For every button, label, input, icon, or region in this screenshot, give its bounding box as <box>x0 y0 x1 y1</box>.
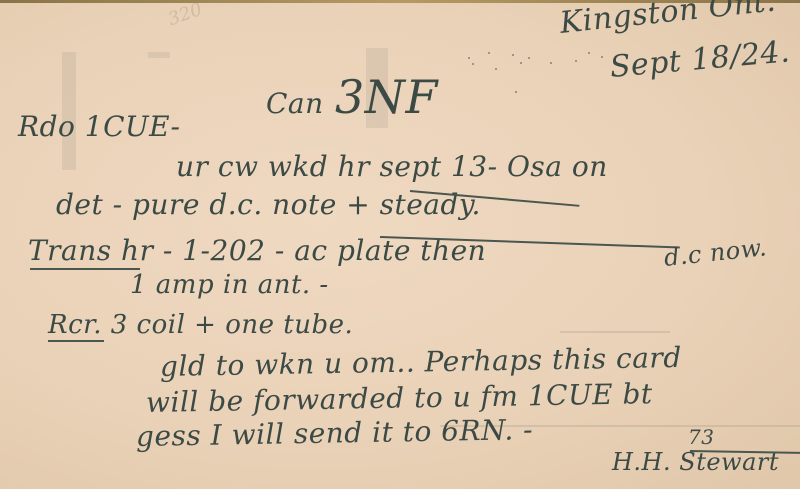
ink-speck <box>520 62 522 64</box>
callsign-prefix: Can <box>266 87 324 120</box>
body-line-9: gess I will send it to 6RN. - <box>136 413 534 453</box>
body-line-4: d.c now. <box>663 233 769 272</box>
ink-speck <box>488 52 490 54</box>
ink-speck <box>588 52 590 54</box>
signature: H.H. Stewart <box>612 448 779 476</box>
body-line-5: 1 amp in ant. - <box>130 270 329 300</box>
postcard: 320 Kingston Ont. Sept 18/24. Can 3NF Rd… <box>0 0 800 489</box>
ink-speck <box>468 57 470 59</box>
bleed-through-mark <box>148 52 170 58</box>
rcr-underline <box>48 340 104 342</box>
faint-ruled-line <box>560 331 670 333</box>
location-text: Kingston Ont. <box>558 0 777 41</box>
ink-speck <box>495 68 497 70</box>
body-line-2: det - pure d.c. note + steady. <box>56 188 481 221</box>
body-line-6: Rcr. 3 coil + one tube. <box>48 310 353 340</box>
ink-speck <box>515 91 517 93</box>
callsign: 3NF <box>335 70 438 124</box>
date-text: Sept 18/24. <box>608 34 791 85</box>
ink-speck <box>528 57 530 59</box>
callsign-block: Can 3NF <box>266 70 438 124</box>
body-line-1: ur cw wkd hr sept 13- Osa on <box>176 150 608 183</box>
greeting: Rdo 1CUE- <box>18 110 181 143</box>
body-line-3: Trans hr - 1-202 - ac plate then <box>28 234 486 267</box>
trans-underline <box>30 268 140 270</box>
ink-speck <box>550 62 552 64</box>
ink-speck <box>601 56 603 58</box>
ink-speck <box>472 63 474 65</box>
ink-speck <box>575 60 577 62</box>
closing-73: 73 <box>688 425 714 449</box>
ink-speck <box>512 54 514 56</box>
ghost-number: 320 <box>165 0 204 30</box>
body-line-8: will be forwarded to u fm 1CUE bt <box>146 377 653 419</box>
body-line-7: gld to wkn u om.. Perhaps this card <box>160 341 682 383</box>
